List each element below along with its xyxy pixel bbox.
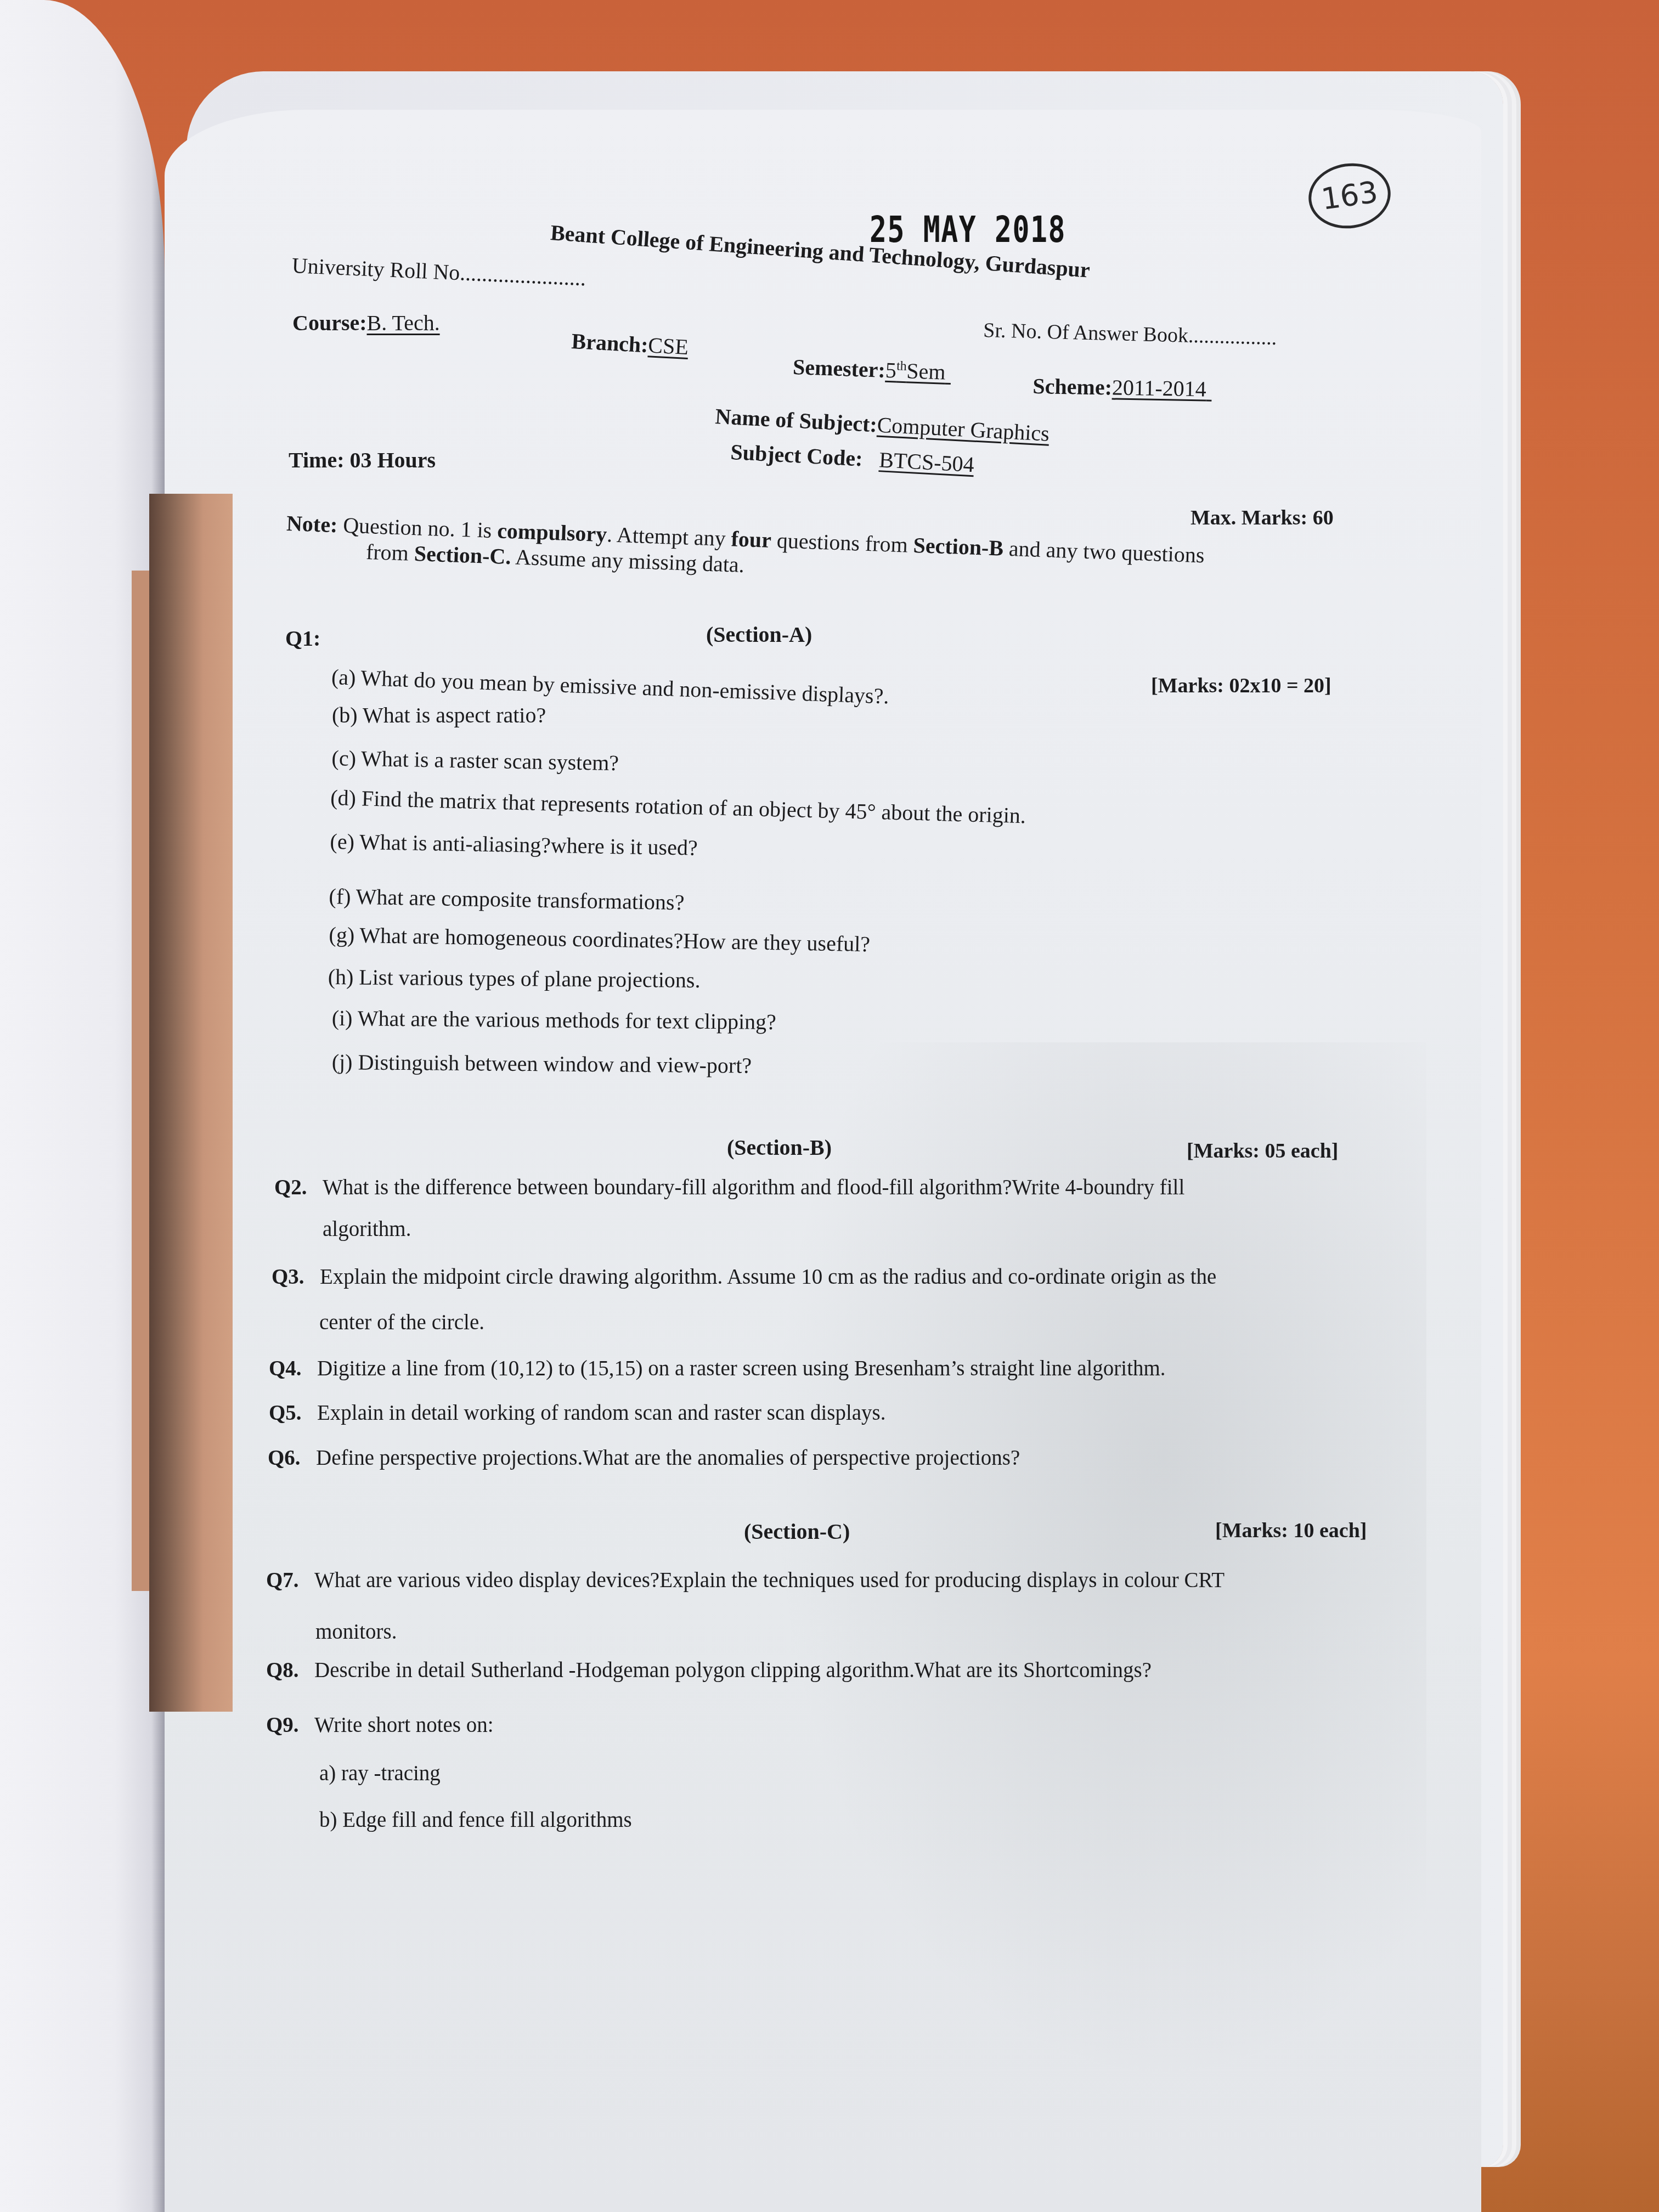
q1-item: (e) What is anti-aliasing?where is it us… <box>330 828 698 861</box>
question-q7: Q7.What are various video display device… <box>266 1568 1224 1593</box>
question-q8: Q8.Describe in detail Sutherland -Hodgem… <box>266 1658 1152 1683</box>
max-marks: Max. Marks: 60 <box>1190 506 1334 530</box>
question-q2: Q2.What is the difference between bounda… <box>274 1175 1184 1200</box>
q1-item: (h) List various types of plane projecti… <box>328 964 701 993</box>
answer-book-field: Sr. No. Of Answer Book................. <box>983 318 1277 350</box>
section-c-marks: [Marks: 10 each] <box>1215 1519 1367 1543</box>
subject-code-label: Subject Code: <box>730 439 864 471</box>
semester-label: Semester: <box>792 354 885 382</box>
q1-item: (f) What are composite transformations? <box>329 883 685 915</box>
question-q5: Q5.Explain in detail working of random s… <box>269 1401 885 1425</box>
scheme-value: 2011-2014 <box>1112 375 1207 402</box>
question-q6: Q6.Define perspective projections.What a… <box>268 1446 1020 1470</box>
question-q9: Q9.Write short notes on: <box>266 1713 494 1737</box>
section-a-title: (Section-A) <box>706 622 812 647</box>
q1-item: (g) What are homogeneous coordinates?How… <box>329 922 870 957</box>
question-q4: Q4.Digitize a line from (10,12) to (15,1… <box>269 1356 1166 1381</box>
roll-no-field: University Roll No......................… <box>291 252 586 291</box>
time-allowed: Time: 03 Hours <box>289 447 436 473</box>
section-b-title: (Section-B) <box>727 1135 832 1160</box>
question-q2-cont: algorithm. <box>323 1217 411 1242</box>
subject-code-field: Subject Code: BTCS-504 <box>730 439 975 477</box>
exam-paper-content: 163 25 MAY 2018 Beant College of Enginee… <box>0 0 1659 2212</box>
course-field: Course:B. Tech. <box>292 310 440 336</box>
q1-label: Q1: <box>285 625 320 651</box>
subject-name-label: Name of Subject: <box>715 404 878 437</box>
q1-item: (i) What are the various methods for tex… <box>332 1005 777 1035</box>
question-q3: Q3.Explain the midpoint circle drawing a… <box>272 1265 1216 1289</box>
branch-label: Branch: <box>571 329 649 357</box>
question-q3-cont: center of the circle. <box>319 1310 484 1335</box>
section-a-marks: [Marks: 02x10 = 20] <box>1151 674 1331 698</box>
branch-field: Branch:CSE <box>571 328 690 360</box>
scheme-label: Scheme: <box>1032 374 1112 400</box>
handwritten-mark-circle: 163 <box>1305 158 1395 234</box>
subject-name-field: Name of Subject:Computer Graphics <box>715 403 1050 447</box>
section-c-title: (Section-C) <box>744 1519 850 1544</box>
q9-item: b) Edge fill and fence fill algorithms <box>319 1808 632 1832</box>
semester-field: Semester:5thSem <box>792 354 951 385</box>
q9-item: a) ray -tracing <box>319 1761 441 1786</box>
course-label: Course: <box>292 311 367 335</box>
section-b-marks: [Marks: 05 each] <box>1187 1139 1338 1163</box>
q1-item: (c) What is a raster scan system? <box>331 745 619 776</box>
question-q7-cont: monitors. <box>315 1620 397 1644</box>
branch-value: CSE <box>647 332 689 359</box>
scheme-field: Scheme:2011-2014 <box>1032 373 1212 402</box>
q1-item: (b) What is aspect ratio? <box>332 702 546 728</box>
subject-name-value: Computer Graphics <box>877 412 1050 445</box>
semester-value: 5thSem <box>885 358 951 385</box>
subject-code-value: BTCS-504 <box>878 447 974 477</box>
q1-item: (d) Find the matrix that represents rota… <box>330 785 1026 828</box>
course-value: B. Tech. <box>367 311 440 335</box>
q1-item: (j) Distinguish between window and view-… <box>332 1049 752 1079</box>
handwritten-mark: 163 <box>1319 174 1380 217</box>
